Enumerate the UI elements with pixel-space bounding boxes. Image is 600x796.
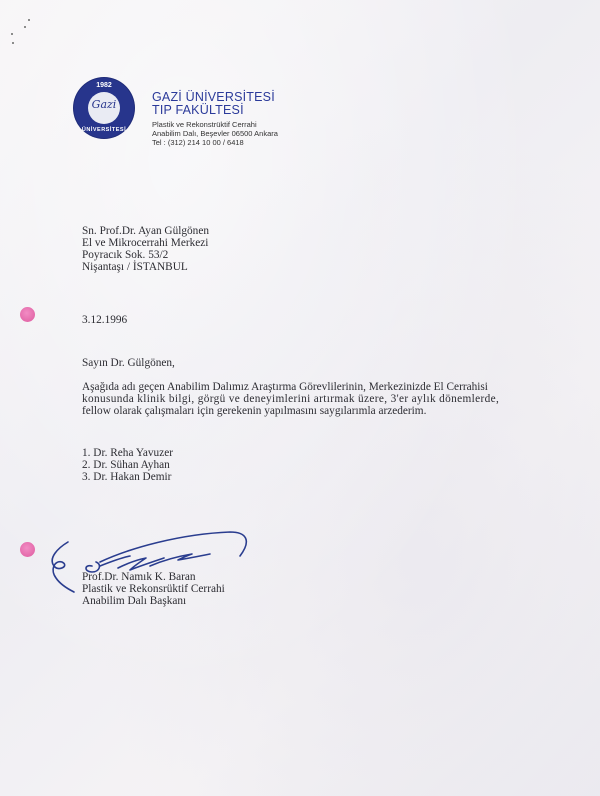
logo-year: 1982 — [74, 82, 134, 89]
recipient-line: El ve Mikrocerrahi Merkezi — [82, 237, 208, 250]
signatory-title: Anabilim Dalı Başkanı — [82, 595, 186, 608]
list-item: 3. Dr. Hakan Demir — [82, 471, 171, 484]
list-item: 1. Dr. Reha Yavuzer — [82, 447, 173, 460]
logo-script: Gazi — [88, 98, 120, 111]
punch-hole-marker — [20, 542, 35, 557]
punch-hole-marker — [20, 307, 35, 322]
logo-ring-text: ÜNİVERSİTESİ — [74, 127, 134, 133]
department-phone: Tel : (312) 214 10 00 / 6418 — [152, 138, 244, 147]
body-line: fellow olarak çalışmaları için gerekenin… — [82, 405, 426, 418]
scan-speck — [12, 42, 14, 44]
recipient-line: Poyracık Sok. 53/2 — [82, 249, 168, 262]
department-address: Anabilim Dalı, Beşevler 06500 Ankara — [152, 129, 278, 138]
department-name: Plastik ve Rekonstrüktif Cerrahi — [152, 120, 257, 129]
signatory-department: Plastik ve Rekonsrüktif Cerrahi — [82, 583, 225, 596]
recipient-line: Nişantaşı / İSTANBUL — [82, 261, 188, 274]
recipient-line: Sn. Prof.Dr. Ayan Gülgönen — [82, 225, 209, 238]
scan-speck — [28, 19, 30, 21]
letter-date: 3.12.1996 — [82, 314, 127, 327]
university-logo: 1982 Gazi ÜNİVERSİTESİ — [74, 78, 134, 138]
faculty-name: TIP FAKÜLTESİ — [152, 104, 244, 117]
list-item: 2. Dr. Sühan Ayhan — [82, 459, 170, 472]
scan-speck — [11, 33, 13, 35]
body-line: Aşağıda adı geçen Anabilim Dalımız Araşt… — [82, 381, 488, 394]
scan-speck — [24, 26, 26, 28]
salutation: Sayın Dr. Gülgönen, — [82, 357, 175, 370]
signatory-name: Prof.Dr. Namık K. Baran — [82, 571, 196, 584]
body-line: konusunda klinik bilgi, görgü ve deneyim… — [82, 393, 499, 406]
